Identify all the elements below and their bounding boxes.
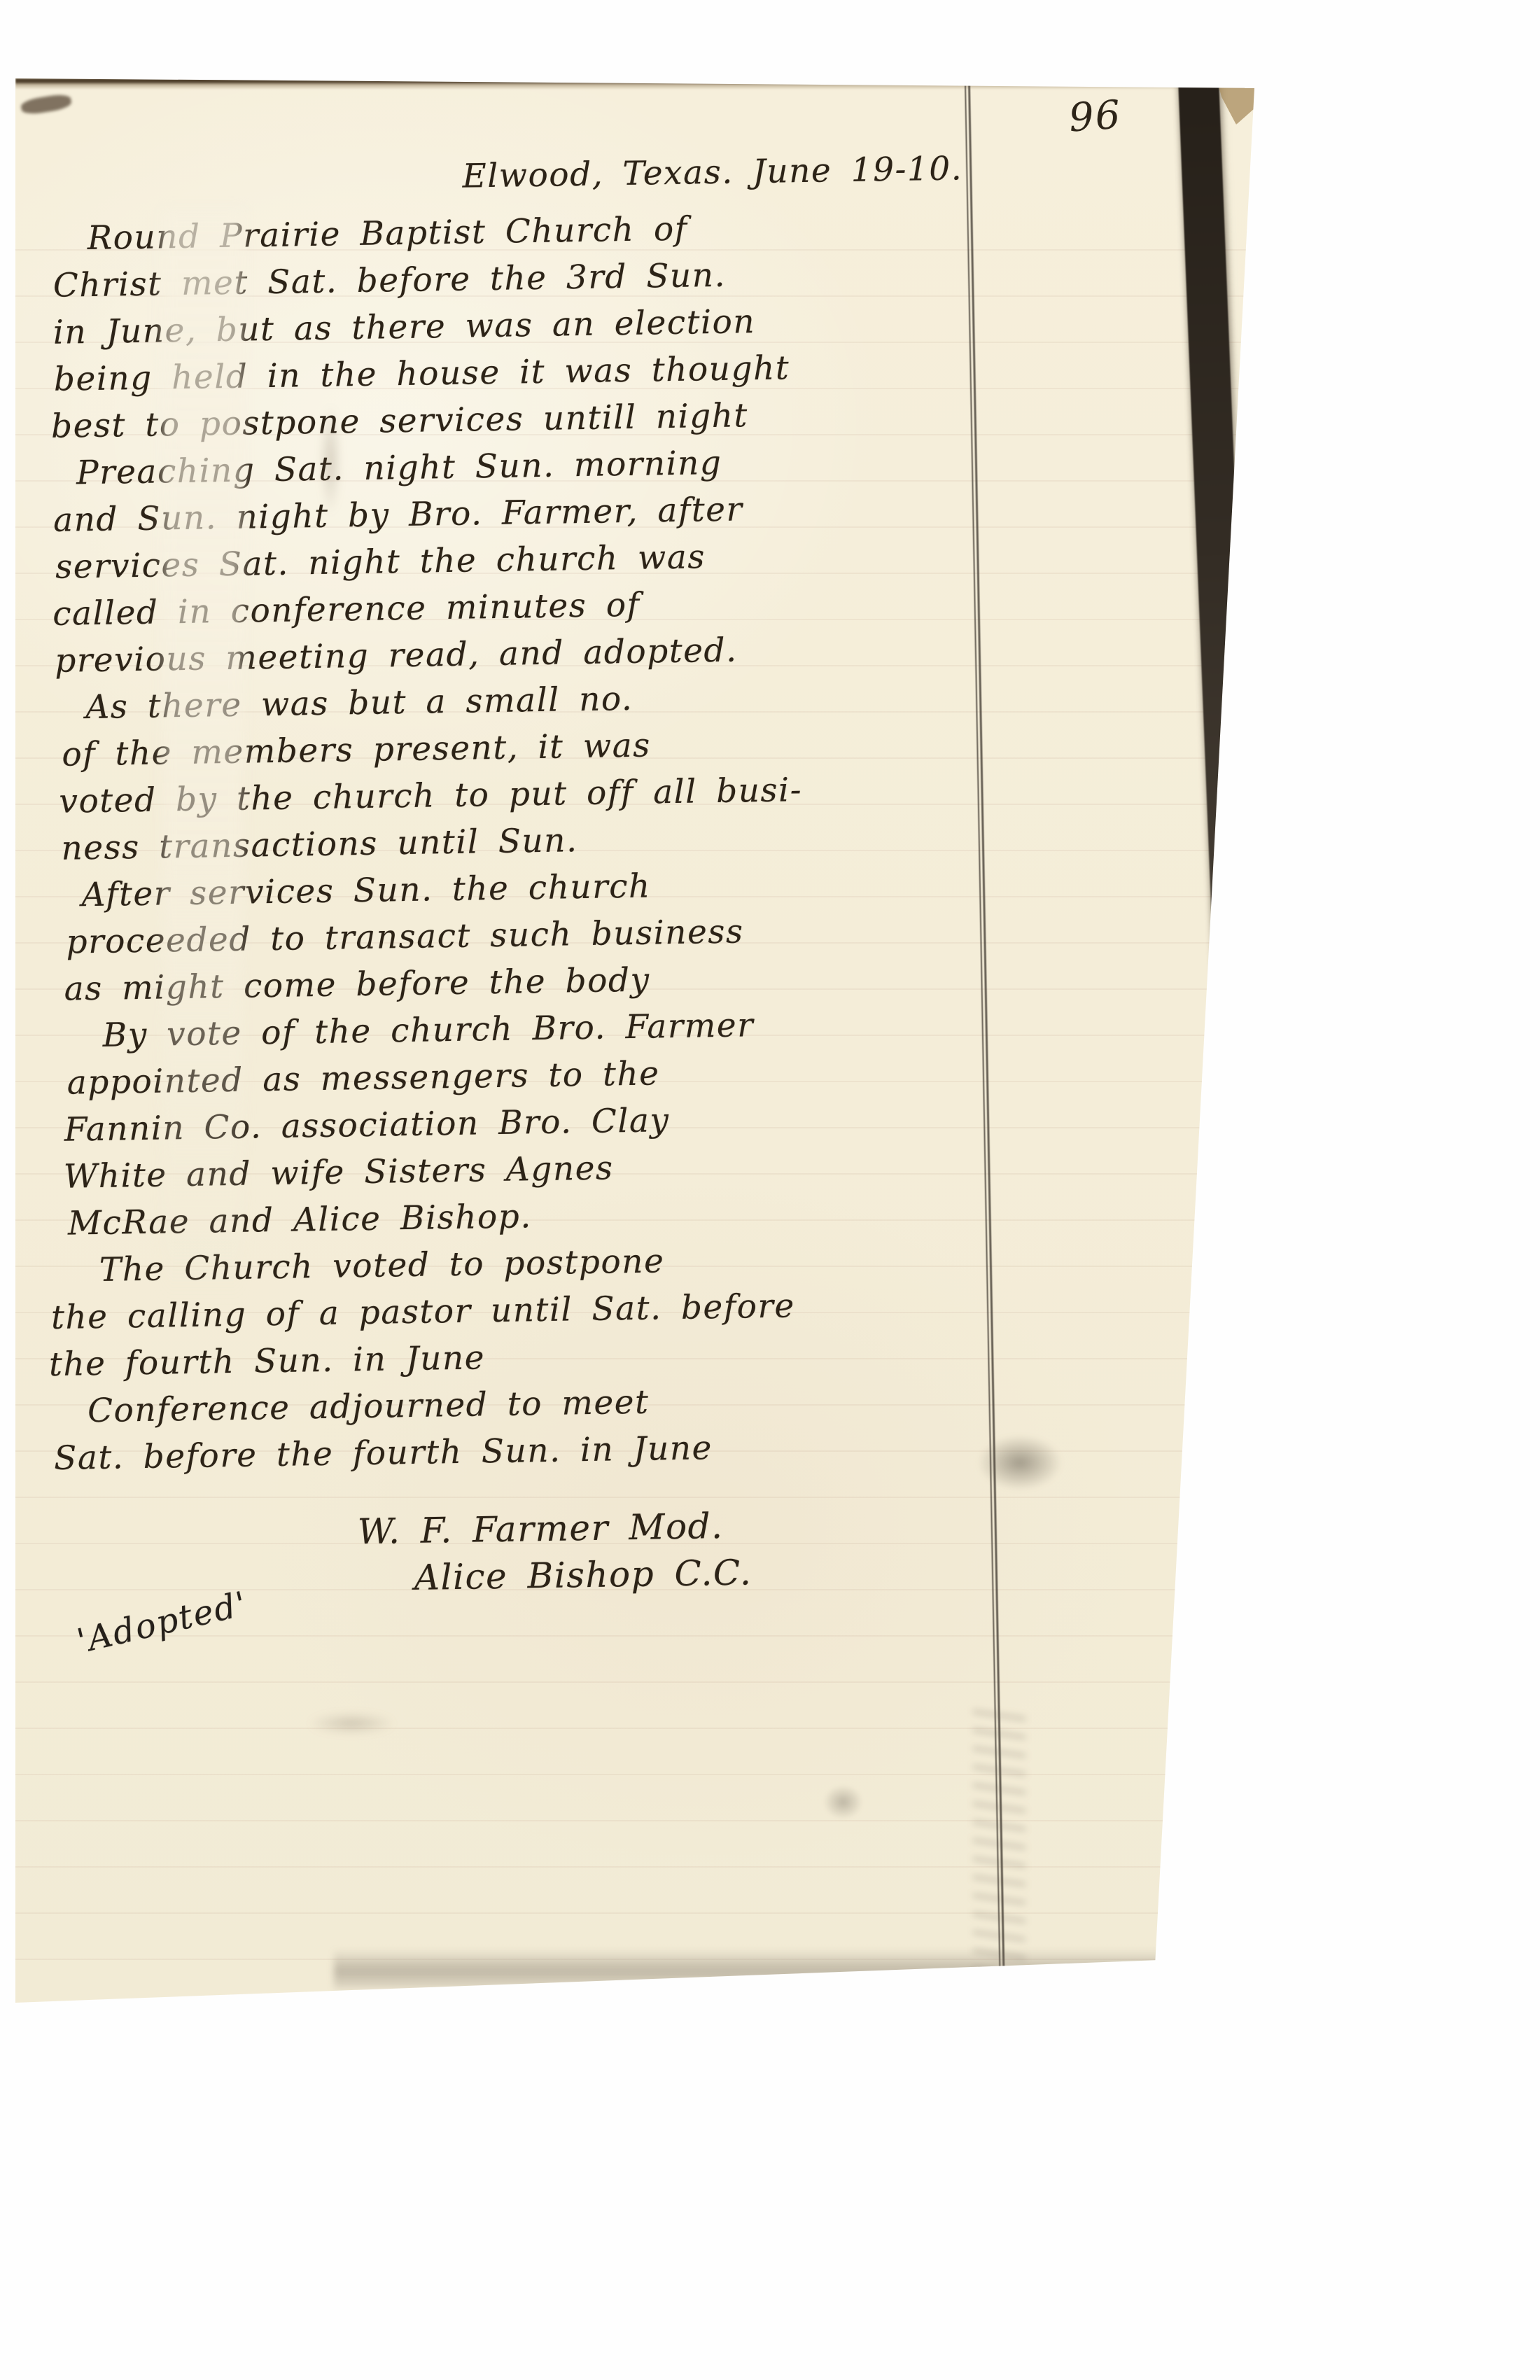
ink-smudge — [294, 1709, 409, 1737]
scan-background: { "doc": { "page_number": "96", "datelin… — [0, 0, 1540, 2380]
dateline: Elwood, Texas. June 19-10. — [462, 144, 1024, 200]
edge-smudge — [20, 93, 73, 116]
page-top-edge — [15, 78, 1254, 90]
bottom-edge-smudge — [334, 1949, 1167, 1989]
clerk-signature: Alice Bishop C.C. — [414, 1545, 1046, 1602]
manuscript: Elwood, Texas. June 19-10. Round Prairie… — [43, 144, 1046, 1607]
ledger-page: 96 Elwood, Texas. June 19-10. Round Prai… — [15, 78, 1254, 2010]
page-number: 96 — [1067, 92, 1123, 141]
book-edge-shadow — [1178, 79, 1294, 1962]
torn-corner — [1217, 78, 1266, 125]
ink-smudge — [817, 1779, 869, 1825]
